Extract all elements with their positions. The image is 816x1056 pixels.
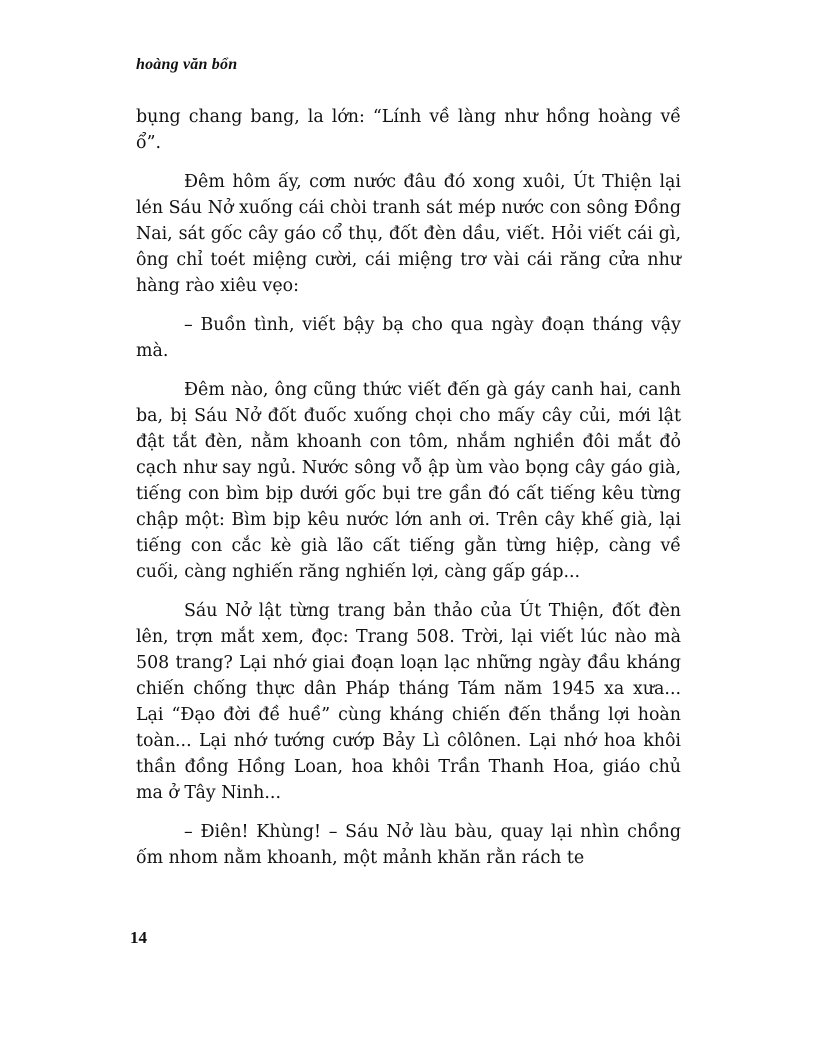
paragraph-dialogue: – Buồn tình, viết bậy bạ cho qua ngày đo…: [136, 312, 681, 364]
paragraph: bụng chang bang, la lớn: “Lính về làng n…: [136, 104, 681, 156]
paragraph: Sáu Nở lật từng trang bản thảo của Út Th…: [136, 598, 681, 806]
paragraph: Đêm nào, ông cũng thức viết đến gà gáy c…: [136, 377, 681, 585]
body-text: bụng chang bang, la lớn: “Lính về làng n…: [136, 104, 681, 884]
page-number: 14: [130, 928, 147, 948]
paragraph-dialogue: – Điên! Khùng! – Sáu Nở làu bàu, quay lạ…: [136, 819, 681, 871]
running-header: hoàng văn bổn: [136, 56, 237, 74]
paragraph: Đêm hôm ấy, cơm nước đâu đó xong xuôi, Ú…: [136, 169, 681, 299]
